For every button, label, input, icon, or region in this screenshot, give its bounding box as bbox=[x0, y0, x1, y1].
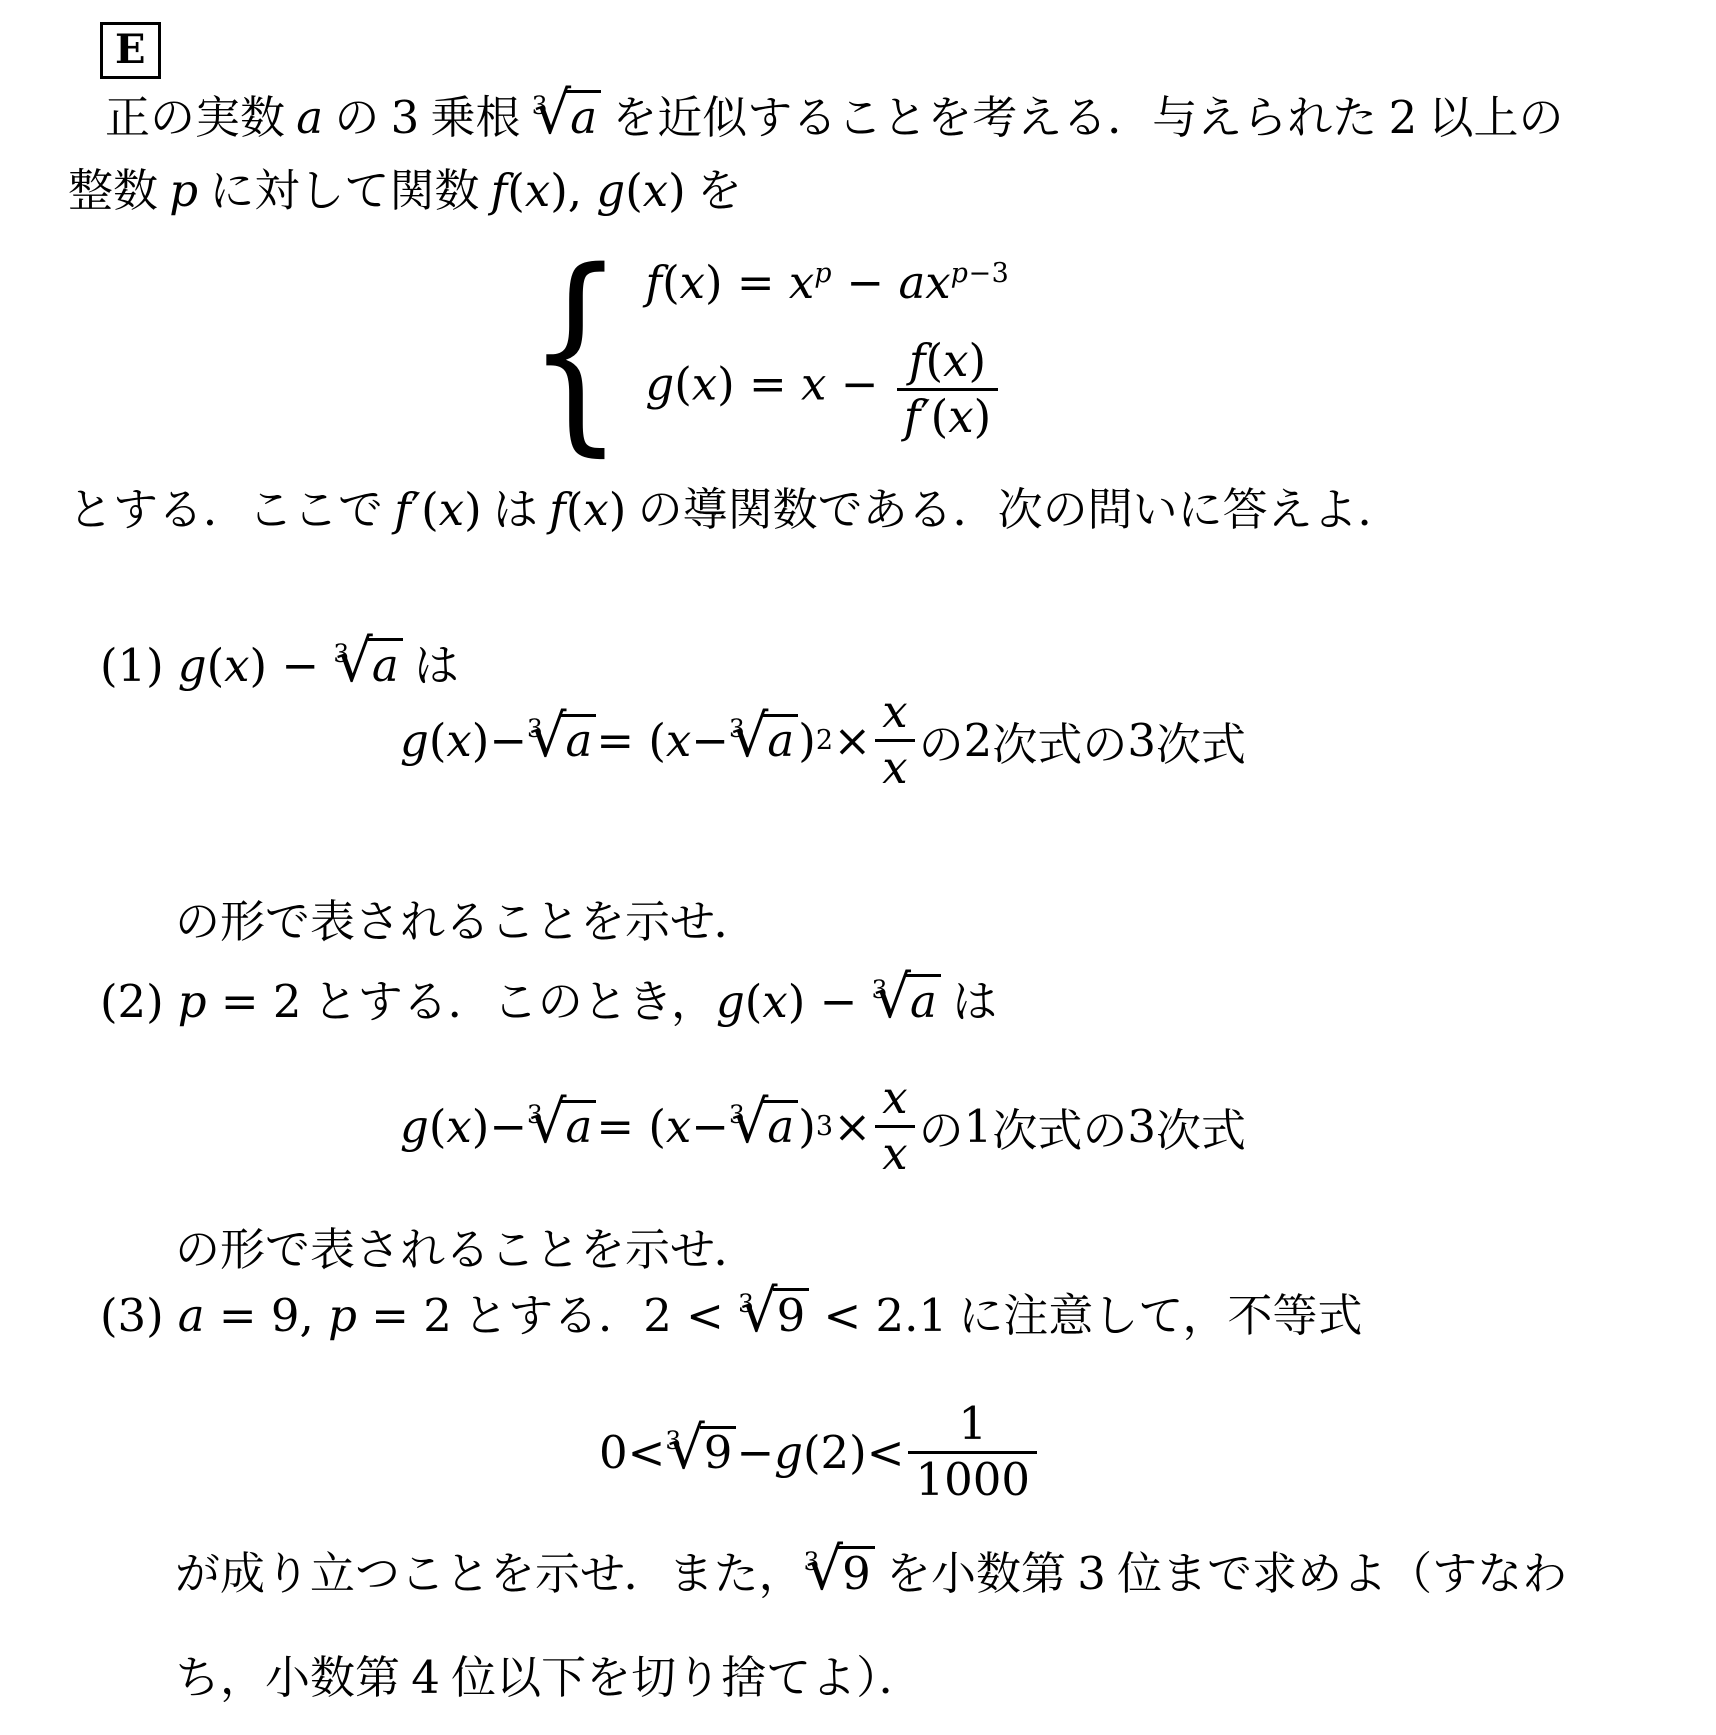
cube-root: 3√9 bbox=[804, 1546, 875, 1602]
math-token: = 2 bbox=[207, 975, 302, 1028]
radicand: 9 bbox=[839, 1546, 875, 1602]
f-definition-equation: f(x) = xp − axp−3 bbox=[645, 256, 1009, 309]
item-1-heading-text: g(x) − 3√a は bbox=[178, 641, 459, 691]
item-2-heading-text: p = 2 とする．このとき，g(x) − 3√a は bbox=[178, 977, 997, 1027]
denominator: x bbox=[875, 1125, 914, 1181]
text-run: の bbox=[919, 1094, 964, 1159]
math-token: x bbox=[643, 164, 668, 217]
cube-root: 3√a bbox=[527, 1100, 596, 1153]
math-token: x bbox=[948, 390, 973, 443]
root-index: 3 bbox=[532, 91, 548, 120]
math-token: ( bbox=[674, 358, 692, 411]
item-3-heading-text: a = 9, p = 2 とする．2 < 3√9 < 2.1 に注意して，不等式 bbox=[178, 1291, 1363, 1341]
cube-root: 3√9 bbox=[665, 1426, 736, 1479]
item-3-heading: (3)a = 9, p = 2 とする．2 < 3√9 < 2.1 に注意して，… bbox=[100, 1288, 1362, 1344]
math-token: g bbox=[716, 975, 745, 1028]
math-token: ( bbox=[566, 483, 584, 536]
math-token: 2 bbox=[1389, 91, 1418, 144]
math-token: x bbox=[446, 714, 471, 767]
text-run: の形で表されることを示せ． bbox=[175, 897, 759, 947]
math-token: 3 bbox=[1077, 1547, 1106, 1600]
math-token: ( bbox=[421, 483, 439, 536]
item-1-equation: g(x) − 3√a = (x − 3√a)2 × xxの 2 次式の 3 次式 bbox=[400, 686, 1246, 795]
math-token: , bbox=[568, 164, 597, 217]
item-1-closing-line: の形で表されることを示せ． bbox=[175, 894, 759, 950]
text-run: 正の実数 bbox=[105, 93, 296, 143]
math-token: 2 bbox=[643, 1289, 672, 1342]
math-token: = 9 bbox=[205, 1289, 300, 1342]
math-token: x bbox=[439, 483, 464, 536]
cube-root: 3√a bbox=[532, 90, 601, 146]
intro-line-1: 正の実数 a の 3 乗根 3√a を近似することを考える．与えられた 2 以上… bbox=[105, 90, 1563, 146]
math-token: a bbox=[767, 714, 794, 767]
text-run: を bbox=[686, 166, 742, 216]
math-token: ( bbox=[507, 164, 525, 217]
math-token: − bbox=[691, 714, 729, 767]
math-token: 3 bbox=[816, 1111, 834, 1142]
g-definition-equation: g(x) = x − f(x)f′(x) bbox=[645, 335, 1002, 444]
math-token: x bbox=[446, 1100, 471, 1153]
math-token: a bbox=[372, 639, 399, 692]
root-index: 3 bbox=[333, 639, 349, 668]
math-token: − bbox=[826, 358, 892, 411]
text-run: に対して関数 bbox=[198, 166, 491, 216]
math-token: < bbox=[672, 1289, 738, 1342]
math-token: x bbox=[882, 741, 907, 794]
text-run: を近似することを考える．与えられた bbox=[601, 93, 1389, 143]
numerator: f(x) bbox=[897, 335, 998, 388]
item-2-closing-line: の形で表されることを示せ． bbox=[175, 1222, 759, 1278]
math-token: , bbox=[300, 1289, 329, 1342]
radicand: a bbox=[764, 714, 798, 767]
numerator: x bbox=[875, 1072, 914, 1125]
math-token: ) bbox=[798, 714, 816, 767]
item-3-display-inequality: 0 < 3√9 − g(2) < 11000 bbox=[0, 1398, 1716, 1507]
math-token: < bbox=[867, 1426, 905, 1479]
math-token: a bbox=[910, 975, 937, 1028]
math-token: ( bbox=[745, 975, 763, 1028]
math-token: g bbox=[400, 714, 429, 767]
math-token: f bbox=[491, 164, 508, 217]
math-token: a bbox=[570, 91, 597, 144]
after-system-line: とする．ここで f′(x) は f(x) の導関数である．次の問いに答えよ． bbox=[68, 482, 1403, 538]
math-token: ( bbox=[625, 164, 643, 217]
cube-root: 3√a bbox=[729, 714, 798, 767]
math-token: < bbox=[628, 1426, 666, 1479]
fraction: f(x)f′(x) bbox=[897, 335, 998, 444]
math-token: − bbox=[489, 714, 527, 767]
text-run: 位まで求めよ（すなわ bbox=[1106, 1549, 1567, 1599]
item-1-display-equation: g(x) − 3√a = (x − 3√a)2 × xxの 2 次式の 3 次式 bbox=[0, 686, 1716, 795]
math-token: ( bbox=[429, 714, 447, 767]
math-token: ) bbox=[974, 390, 992, 443]
superscript: 3 bbox=[816, 1111, 834, 1142]
radicand: a bbox=[907, 974, 941, 1030]
text-run: に注意して，不等式 bbox=[947, 1291, 1362, 1341]
math-token: a bbox=[565, 1100, 592, 1153]
math-token: ) bbox=[798, 1100, 816, 1153]
text-run: とする． bbox=[452, 1291, 643, 1341]
text-run: 次式 bbox=[1156, 1094, 1246, 1159]
math-token: 9 bbox=[777, 1289, 806, 1342]
math-token: 3 bbox=[1127, 1100, 1156, 1153]
root-index: 3 bbox=[527, 714, 543, 743]
item-2-display-equation: g(x) − 3√a = (x − 3√a)3 × xxの 1 次式の 3 次式 bbox=[0, 1072, 1716, 1181]
math-token: 3 bbox=[391, 91, 420, 144]
math-token: ( bbox=[207, 639, 225, 692]
root-index: 3 bbox=[729, 1100, 745, 1129]
math-token: f bbox=[645, 256, 662, 309]
math-token: 3 bbox=[1127, 714, 1156, 767]
math-token: − bbox=[691, 1100, 729, 1153]
text-run: 整数 bbox=[68, 166, 169, 216]
math-token: f bbox=[904, 390, 921, 443]
radicand: 9 bbox=[701, 1426, 737, 1479]
fraction: xx bbox=[875, 1072, 914, 1181]
math-token: ) bbox=[788, 975, 806, 1028]
math-token: − bbox=[736, 1426, 774, 1479]
numerator: 1 bbox=[908, 1398, 1037, 1451]
math-token: x bbox=[680, 256, 705, 309]
cube-root: 3√9 bbox=[738, 1288, 809, 1344]
denominator: 1000 bbox=[908, 1451, 1037, 1507]
math-token: ( bbox=[662, 256, 680, 309]
system-rows: f(x) = xp − axp−3 g(x) = x − f(x)f′(x) bbox=[645, 256, 1009, 444]
function-definition-display: { f(x) = xp − axp−3 g(x) = x − f(x)f′(x) bbox=[0, 248, 1716, 452]
cube-root: 3√a bbox=[527, 714, 596, 767]
math-token: g bbox=[400, 1100, 429, 1153]
document-page: E 正の実数 a の 3 乗根 3√a を近似することを考える．与えられた 2 … bbox=[0, 0, 1716, 1735]
math-token: × bbox=[834, 714, 872, 767]
math-token: x bbox=[224, 639, 249, 692]
math-token: 1 bbox=[964, 1100, 993, 1153]
root-index: 3 bbox=[872, 975, 888, 1004]
math-token: ) = bbox=[717, 358, 801, 411]
radicand: a bbox=[567, 90, 601, 146]
text-run: 位以下を切り捨てよ）． bbox=[440, 1653, 924, 1703]
text-run: は bbox=[482, 485, 550, 535]
math-token: −3 bbox=[969, 258, 1010, 289]
math-token: a bbox=[296, 91, 323, 144]
math-token: < 2.1 bbox=[809, 1289, 947, 1342]
item-3-closing-line-2: ち，小数第 4 位以下を切り捨てよ）． bbox=[175, 1650, 924, 1706]
item-3-closing-line-1: が成り立つことを示せ．また，3√9 を小数第 3 位まで求めよ（すなわ bbox=[175, 1546, 1567, 1602]
denominator: f′(x) bbox=[897, 388, 998, 444]
text-run: 次式の bbox=[992, 1094, 1127, 1159]
math-token: x bbox=[762, 975, 787, 1028]
math-token: x bbox=[882, 685, 907, 738]
root-index: 3 bbox=[738, 1289, 754, 1318]
text-run: ち，小数第 bbox=[175, 1653, 411, 1703]
root-index: 3 bbox=[804, 1547, 820, 1576]
radicand: a bbox=[562, 1100, 596, 1153]
superscript: 2 bbox=[816, 725, 834, 756]
denominator: x bbox=[875, 739, 914, 795]
text-run: の形で表されることを示せ． bbox=[175, 1225, 759, 1275]
math-token: p bbox=[169, 164, 198, 217]
math-token: 2 bbox=[816, 725, 834, 756]
math-token: 9 bbox=[704, 1426, 733, 1479]
text-run: 以上の bbox=[1417, 93, 1563, 143]
superscript: p−3 bbox=[951, 258, 1010, 288]
left-curly-brace: { bbox=[527, 248, 623, 452]
math-token: (2) bbox=[803, 1426, 867, 1479]
math-token: ) = bbox=[705, 256, 789, 309]
math-token: p bbox=[178, 975, 207, 1028]
math-token: 9 bbox=[842, 1547, 871, 1600]
math-token: ) bbox=[668, 164, 686, 217]
math-token: ′ bbox=[411, 483, 421, 536]
math-token: ) bbox=[550, 164, 568, 217]
fraction: 11000 bbox=[908, 1398, 1037, 1507]
math-token: ′ bbox=[920, 390, 930, 443]
math-token: = 2 bbox=[357, 1289, 452, 1342]
math-token: g bbox=[178, 639, 207, 692]
intro-line-2: 整数 p に対して関数 f(x), g(x) を bbox=[68, 163, 742, 219]
math-token: p bbox=[951, 258, 969, 289]
math-token: 4 bbox=[411, 1651, 440, 1704]
radicand: 9 bbox=[774, 1288, 810, 1344]
math-token: ) bbox=[472, 1100, 490, 1153]
math-token: a bbox=[898, 256, 925, 309]
math-token: − bbox=[489, 1100, 527, 1153]
text-run: を小数第 bbox=[875, 1549, 1078, 1599]
problem-label-box: E bbox=[100, 22, 161, 79]
math-token: a bbox=[767, 1100, 794, 1153]
text-run: の導関数である．次の問いに答えよ． bbox=[626, 485, 1402, 535]
text-run: は bbox=[403, 641, 459, 691]
item-2-equation: g(x) − 3√a = (x − 3√a)3 × xxの 1 次式の 3 次式 bbox=[400, 1072, 1246, 1181]
math-token: ( bbox=[931, 390, 949, 443]
text-run: とする．ここで bbox=[68, 485, 394, 535]
math-token: f bbox=[394, 483, 411, 536]
text-run: 乗根 bbox=[419, 93, 532, 143]
cube-root: 3√a bbox=[872, 974, 941, 1030]
math-token: x bbox=[666, 1100, 691, 1153]
math-token: a bbox=[178, 1289, 205, 1342]
math-token: g bbox=[596, 164, 625, 217]
numerator: x bbox=[875, 686, 914, 739]
math-token: ( bbox=[429, 1100, 447, 1153]
fraction: xx bbox=[875, 686, 914, 795]
math-token: 0 bbox=[599, 1426, 628, 1479]
math-token: x bbox=[666, 714, 691, 767]
math-token: = ( bbox=[596, 714, 666, 767]
math-token: g bbox=[774, 1426, 803, 1479]
text-run: 次式の bbox=[992, 708, 1127, 773]
math-token: a bbox=[565, 714, 592, 767]
math-token: x bbox=[789, 256, 814, 309]
cube-root: 3√a bbox=[729, 1100, 798, 1153]
math-token: 1 bbox=[958, 1397, 987, 1450]
math-token: × bbox=[834, 1100, 872, 1153]
math-token: − bbox=[267, 639, 333, 692]
math-token: f bbox=[909, 334, 926, 387]
problem-label: E bbox=[115, 26, 146, 73]
radicand: a bbox=[764, 1100, 798, 1153]
math-token: − bbox=[832, 256, 898, 309]
text-run: が成り立つことを示せ．また， bbox=[175, 1549, 804, 1599]
math-token: − bbox=[805, 975, 871, 1028]
math-token: f bbox=[549, 483, 566, 536]
item-3-label: (3) bbox=[100, 1289, 164, 1342]
root-index: 3 bbox=[665, 1426, 681, 1455]
item-2-label: (2) bbox=[100, 975, 164, 1028]
math-token: x bbox=[801, 358, 826, 411]
math-token: ) bbox=[464, 483, 482, 536]
text-run: 次式 bbox=[1156, 708, 1246, 773]
math-token: ) bbox=[250, 639, 268, 692]
math-token: ( bbox=[926, 334, 944, 387]
item-3-inequality: 0 < 3√9 − g(2) < 11000 bbox=[599, 1398, 1041, 1507]
math-token: ) bbox=[968, 334, 986, 387]
text-run: とする．このとき， bbox=[302, 977, 716, 1027]
text-run: の bbox=[919, 708, 964, 773]
math-token: g bbox=[645, 358, 674, 411]
math-token: p bbox=[814, 258, 832, 289]
math-token: 2 bbox=[964, 714, 993, 767]
math-token: x bbox=[525, 164, 550, 217]
math-token: x bbox=[882, 1127, 907, 1180]
radicand: a bbox=[562, 714, 596, 767]
root-index: 3 bbox=[729, 714, 745, 743]
root-index: 3 bbox=[527, 1100, 543, 1129]
item-1-label: (1) bbox=[100, 639, 164, 692]
superscript: p bbox=[814, 258, 832, 288]
math-token: x bbox=[692, 358, 717, 411]
math-token: ) bbox=[609, 483, 627, 536]
text-run: は bbox=[941, 977, 997, 1027]
math-token: x bbox=[925, 256, 950, 309]
math-token: ) bbox=[472, 714, 490, 767]
math-token: x bbox=[882, 1071, 907, 1124]
math-token: = ( bbox=[596, 1100, 666, 1153]
math-token: p bbox=[328, 1289, 357, 1342]
math-token: x bbox=[583, 483, 608, 536]
math-token: 1000 bbox=[915, 1453, 1030, 1506]
math-token: x bbox=[943, 334, 968, 387]
item-2-heading: (2)p = 2 とする．このとき，g(x) − 3√a は bbox=[100, 974, 997, 1030]
text-run: の bbox=[323, 93, 391, 143]
